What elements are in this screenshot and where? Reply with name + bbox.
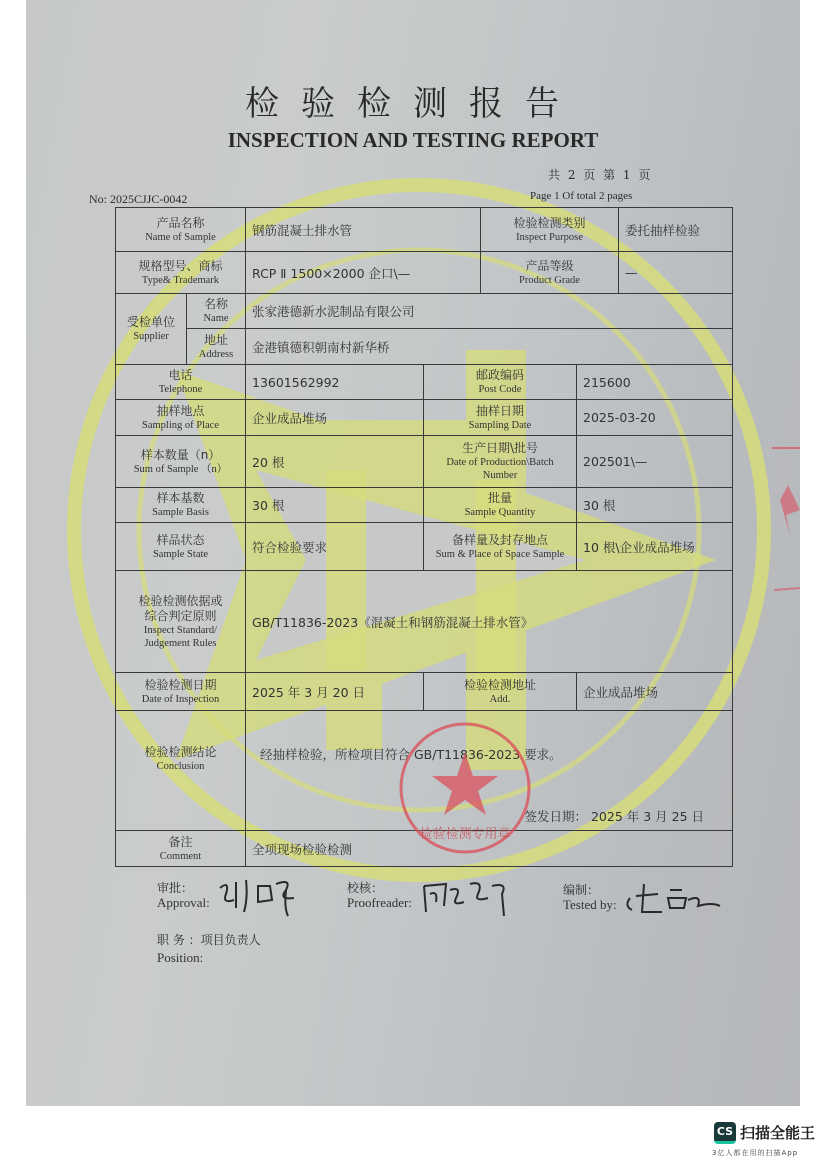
value-sampling-date: 2025-03-20 — [576, 399, 733, 436]
value-inspect-purpose: 委托抽样检验 — [618, 207, 733, 252]
label-inspection-date: 检验检测日期 Date of Inspection — [115, 672, 246, 711]
label-sampling-place: 抽样地点 Sampling of Place — [115, 399, 246, 436]
label-sample-sum: 样本数量（n） Sum of Sample （n） — [115, 435, 246, 488]
label-production-batch: 生产日期\批号 Date of Production\Batch Number — [423, 435, 577, 488]
value-spare-sample: 10 根\企业成品堆场 — [576, 522, 733, 571]
label-sample-basis: 样本基数 Sample Basis — [115, 487, 246, 523]
value-post-code: 215600 — [576, 364, 733, 400]
label-conclusion: 检验检测结论 Conclusion — [115, 710, 246, 831]
label-supplier-address: 地址 Address — [186, 328, 246, 365]
value-sample-quantity: 30 根 — [576, 487, 733, 523]
camscanner-tagline: 3亿人都在用的扫描App — [712, 1148, 798, 1158]
approval-signature-icon — [214, 874, 309, 919]
value-product-grade: — — [618, 251, 733, 294]
conclusion-text: 经抽样检验，所检项目符合 GB/T11836-2023 要求。 — [260, 745, 562, 763]
label-comment: 备注 Comment — [115, 830, 246, 867]
label-type-trademark: 规格型号、商标 Type& Trademark — [115, 251, 246, 294]
label-inspect-purpose: 检验检测类别 Inspect Purpose — [480, 207, 619, 252]
value-sample-sum: 20 根 — [245, 435, 424, 488]
value-inspection-date: 2025 年 3 月 20 日 — [245, 672, 424, 711]
value-sampling-place: 企业成品堆场 — [245, 399, 424, 436]
tested-by-label: 编制： Tested by: — [563, 882, 617, 911]
value-sample-name: 钢筋混凝土排水管 — [245, 207, 481, 252]
value-conclusion: 经抽样检验，所检项目符合 GB/T11836-2023 要求。 签发日期： 20… — [245, 710, 733, 831]
label-sample-quantity: 批量 Sample Quantity — [423, 487, 577, 523]
label-supplier: 受检单位 Supplier — [115, 293, 187, 365]
label-standard: 检验检测依据或 综合判定原则 Inspect Standard/ Judgeme… — [115, 570, 246, 673]
label-inspection-address: 检验检测地址 Add. — [423, 672, 577, 711]
label-post-code: 邮政编码 Post Code — [423, 364, 577, 400]
value-standard: GB/T11836-2023《混凝土和钢筋混凝土排水管》 — [245, 570, 733, 673]
report-title-english: INSPECTION AND TESTING REPORT — [26, 128, 800, 153]
label-product-grade: 产品等级 Product Grade — [480, 251, 619, 294]
proofreader-label: 校核： Proofreader: — [347, 880, 412, 909]
approval-label: 审批： Approval: — [157, 880, 210, 909]
camscanner-name: 扫描全能王 — [740, 1122, 815, 1143]
report-number: No: 2025CJJC-0042 — [89, 192, 187, 207]
tested-by-signature-icon — [622, 878, 727, 918]
value-telephone: 13601562992 — [245, 364, 424, 400]
proofreader-signature-icon — [418, 876, 523, 921]
report-title-chinese: 检验检测报告 — [26, 76, 800, 125]
label-sample-state: 样品状态 Sample State — [115, 522, 246, 571]
label-telephone: 电话 Telephone — [115, 364, 246, 400]
label-sampling-date: 抽样日期 Sampling Date — [423, 399, 577, 436]
value-sample-basis: 30 根 — [245, 487, 424, 523]
value-type-trademark: RCP Ⅱ 1500×2000 企口\— — [245, 251, 481, 294]
value-comment: 全项现场检验检测 — [245, 830, 733, 867]
issue-date: 签发日期： 2025 年 3 月 25 日 — [524, 807, 704, 825]
value-supplier-address: 金港镇德积朝南村新华桥 — [245, 328, 733, 365]
label-spare-sample: 备样量及封存地点 Sum & Place of Space Sample — [423, 522, 577, 571]
label-sample-name: 产品名称 Name of Sample — [115, 207, 246, 252]
value-inspection-address: 企业成品堆场 — [576, 672, 733, 711]
value-production-batch: 202501\— — [576, 435, 733, 488]
page-info-english: Page 1 Of total 2 pages — [530, 190, 632, 202]
camscanner-logo-icon: CS — [714, 1122, 736, 1144]
value-supplier-name: 张家港德新水泥制品有限公司 — [245, 293, 733, 329]
label-supplier-name: 名称 Name — [186, 293, 246, 329]
page-info-chinese: 共 2 页 第 1 页 — [548, 166, 650, 183]
value-sample-state: 符合检验要求 — [245, 522, 424, 571]
position-label: 职 务 ：项目负责人 Position: — [157, 929, 261, 964]
